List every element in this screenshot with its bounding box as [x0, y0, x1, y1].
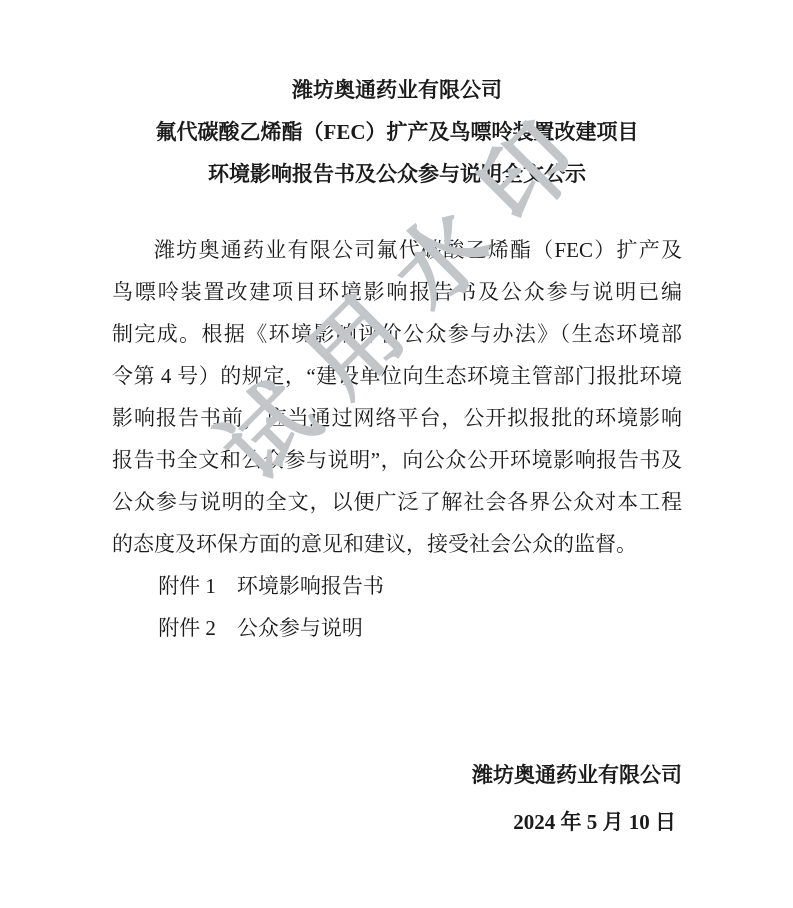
signature-block: 潍坊奥通药业有限公司 2024 年 5 月 10 日: [112, 752, 682, 846]
attachment-list: 附件 1 环境影响报告书 附件 2 公众参与说明: [112, 565, 682, 649]
body-line: 令第 4 号）的规定，“建设单位向生态环境主管部门报批环境: [112, 355, 682, 397]
body-line: 的态度及环保方面的意见和建议，接受社会公众的监督。: [112, 523, 682, 565]
body-line: 报告书全文和公众参与说明”，向公众公开环境影响报告书及: [112, 439, 682, 481]
company-signature: 潍坊奥通药业有限公司: [112, 752, 682, 799]
signature-date: 2024 年 5 月 10 日: [112, 799, 676, 846]
document-content: 潍坊奥通药业有限公司 氟代碳酸乙烯酯（FEC）扩产及鸟嘌呤装置改建项目 环境影响…: [112, 0, 682, 846]
body-line: 潍坊奥通药业有限公司氟代碳酸乙烯酯（FEC）扩产及: [112, 229, 682, 271]
doc-title-notice-type: 环境影响报告书及公众参与说明全文公示: [112, 153, 682, 195]
doc-title-company: 潍坊奥通药业有限公司: [112, 69, 682, 111]
body-line: 公众参与说明的全文，以便广泛了解社会各界公众对本工程: [112, 481, 682, 523]
title-block: 潍坊奥通药业有限公司 氟代碳酸乙烯酯（FEC）扩产及鸟嘌呤装置改建项目 环境影响…: [112, 69, 682, 195]
body-paragraph: 潍坊奥通药业有限公司氟代碳酸乙烯酯（FEC）扩产及 鸟嘌呤装置改建项目环境影响报…: [112, 229, 682, 565]
attachment-2: 附件 2 公众参与说明: [112, 607, 682, 649]
doc-title-project: 氟代碳酸乙烯酯（FEC）扩产及鸟嘌呤装置改建项目: [112, 111, 682, 153]
document-page: 试用水印 潍坊奥通药业有限公司 氟代碳酸乙烯酯（FEC）扩产及鸟嘌呤装置改建项目…: [0, 0, 793, 908]
attachment-1: 附件 1 环境影响报告书: [112, 565, 682, 607]
body-line: 鸟嘌呤装置改建项目环境影响报告书及公众参与说明已编: [112, 271, 682, 313]
body-line: 制完成。根据《环境影响评价公众参与办法》（生态环境部: [112, 313, 682, 355]
body-line: 影响报告书前，应当通过网络平台，公开拟报批的环境影响: [112, 397, 682, 439]
